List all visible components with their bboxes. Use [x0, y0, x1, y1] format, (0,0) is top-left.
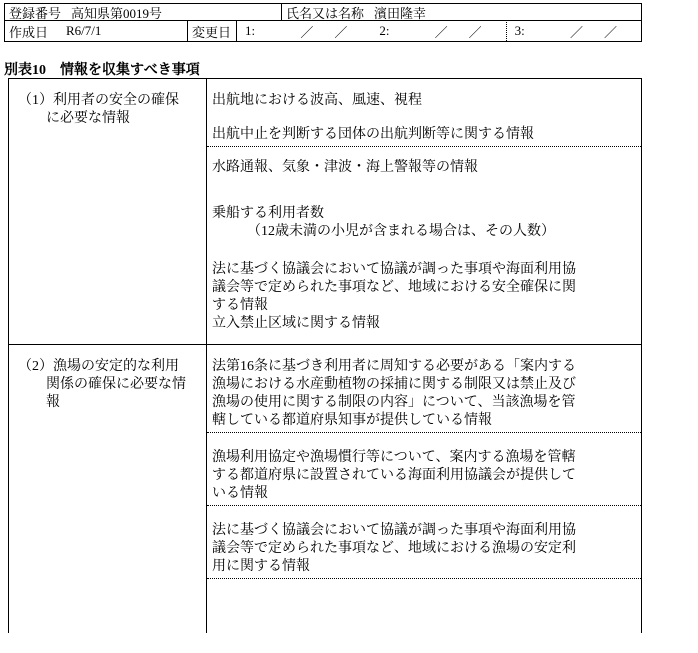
name-value: 濱田隆幸 [374, 4, 426, 20]
section-2-row: （2）漁場の安定的な利用 関係の確保に必要な情 報 法第16条に基づき利用者に周… [9, 345, 641, 633]
category-line: （1）利用者の安全の確保 [18, 92, 202, 110]
info-item: 乗船する利用者数 （12歳未満の小児が含まれる場合は、その人数） [212, 205, 633, 241]
change-slot-3-number: 3: [515, 23, 525, 39]
info-item-line: する情報 [212, 297, 633, 315]
registration-label: 登録番号 [9, 4, 61, 20]
info-item-line: 出航地における波高、風速、視程 [212, 92, 633, 110]
info-item: 出航中止を判断する団体の出航判断等に関する情報 [207, 126, 641, 147]
section-2-category: （2）漁場の安定的な利用 関係の確保に必要な情 報 [9, 345, 207, 633]
info-item: 法に基づく協議会において協議が調った事項や海面利用協 議会等で定められた事項など… [212, 261, 633, 333]
modified-date-label-cell: 変更日 [188, 21, 237, 41]
meta-row-registration: 登録番号 高知県第0019号 氏名又は名称 濱田隆幸 [5, 4, 641, 21]
info-item: 漁場利用協定や漁場慣行等について、案内する漁場を管轄 する都道府県に設置されてい… [207, 449, 641, 506]
info-item-line: 漁場利用協定や漁場慣行等について、案内する漁場を管轄 [212, 449, 641, 467]
info-item: 法第16条に基づき利用者に周知する必要がある「案内する 漁場における水産動植物の… [207, 358, 641, 433]
info-item-line: 法に基づく協議会において協議が調った事項や海面利用協 [212, 522, 641, 540]
category-line: 報 [18, 394, 202, 412]
registration-cell: 登録番号 高知県第0019号 [5, 4, 282, 20]
category-line: （2）漁場の安定的な利用 [18, 358, 202, 376]
info-item-line: （12歳未満の小児が含まれる場合は、その人数） [212, 223, 633, 241]
change-slot-1: 1: ／ ／ [237, 22, 371, 41]
change-slot-3: 3: ／ ／ [506, 22, 641, 41]
page-title: 別表10 情報を収集すべき事項 [4, 59, 200, 79]
change-slot-2-number: 2: [379, 23, 389, 39]
registration-value: 高知県第0019号 [71, 4, 162, 20]
info-item-line: 漁場における水産動植物の採捕に関する制限又は禁止及び [212, 376, 641, 394]
change-slot-2-date-placeholder: ／ ／ [435, 22, 486, 41]
section-1-content: 出航地における波高、風速、視程 出航中止を判断する団体の出航判断等に関する情報 … [207, 79, 641, 344]
info-item: 法に基づく協議会において協議が調った事項や海面利用協 議会等で定められた事項など… [207, 522, 641, 579]
info-item-line: 議会等で定められた事項など、地域における安全確保に関 [212, 279, 633, 297]
info-item-line: 漁場の使用に関する制限の内容」について、当該漁場を管 [212, 394, 641, 412]
info-item-line: いる情報 [212, 485, 641, 503]
info-table: （1）利用者の安全の確保 に必要な情報 出航地における波高、風速、視程 出航中止… [8, 78, 642, 633]
created-date-label: 作成日 [9, 22, 48, 41]
info-item-line: 用に関する情報 [212, 558, 641, 576]
section-1-row: （1）利用者の安全の確保 に必要な情報 出航地における波高、風速、視程 出航中止… [9, 79, 641, 345]
change-slot-1-date-placeholder: ／ ／ [300, 22, 351, 41]
info-item-line: する都道府県に設置されている海面利用協議会が提供して [212, 467, 641, 485]
modified-date-label: 変更日 [192, 22, 231, 41]
change-slot-1-number: 1: [245, 23, 255, 39]
info-item-line: 法に基づく協議会において協議が調った事項や海面利用協 [212, 261, 633, 279]
info-item-line: 水路通報、気象・津波・海上警報等の情報 [212, 159, 633, 177]
info-item-line: 乗船する利用者数 [212, 205, 633, 223]
meta-row-dates: 作成日 R6/7/1 変更日 1: ／ ／ 2: ／ ／ 3: ／ ／ [5, 21, 641, 41]
change-slot-2: 2: ／ ／ [371, 22, 505, 41]
created-date-value: R6/7/1 [66, 23, 101, 39]
info-item-line: 法第16条に基づき利用者に周知する必要がある「案内する [212, 358, 641, 376]
section-1-category: （1）利用者の安全の確保 に必要な情報 [9, 79, 207, 344]
info-item-line: 立入禁止区域に関する情報 [212, 315, 633, 333]
meta-table: 登録番号 高知県第0019号 氏名又は名称 濱田隆幸 作成日 R6/7/1 変更… [4, 3, 642, 42]
name-label: 氏名又は名称 [286, 4, 364, 20]
section-2-content: 法第16条に基づき利用者に周知する必要がある「案内する 漁場における水産動植物の… [207, 345, 641, 633]
info-item: 水路通報、気象・津波・海上警報等の情報 [212, 159, 633, 177]
info-item-line: 議会等で定められた事項など、地域における漁場の安定利 [212, 540, 641, 558]
category-line: に必要な情報 [18, 110, 202, 128]
change-date-slots: 1: ／ ／ 2: ／ ／ 3: ／ ／ [237, 21, 641, 41]
category-line: 関係の確保に必要な情 [18, 376, 202, 394]
info-item-line: 轄している都道府県知事が提供している情報 [212, 412, 641, 430]
info-item: 出航地における波高、風速、視程 [212, 92, 633, 110]
created-date-cell: 作成日 R6/7/1 [5, 21, 188, 41]
info-item-line: 出航中止を判断する団体の出航判断等に関する情報 [212, 126, 641, 144]
name-cell: 氏名又は名称 濱田隆幸 [282, 4, 641, 20]
change-slot-3-date-placeholder: ／ ／ [570, 22, 621, 41]
